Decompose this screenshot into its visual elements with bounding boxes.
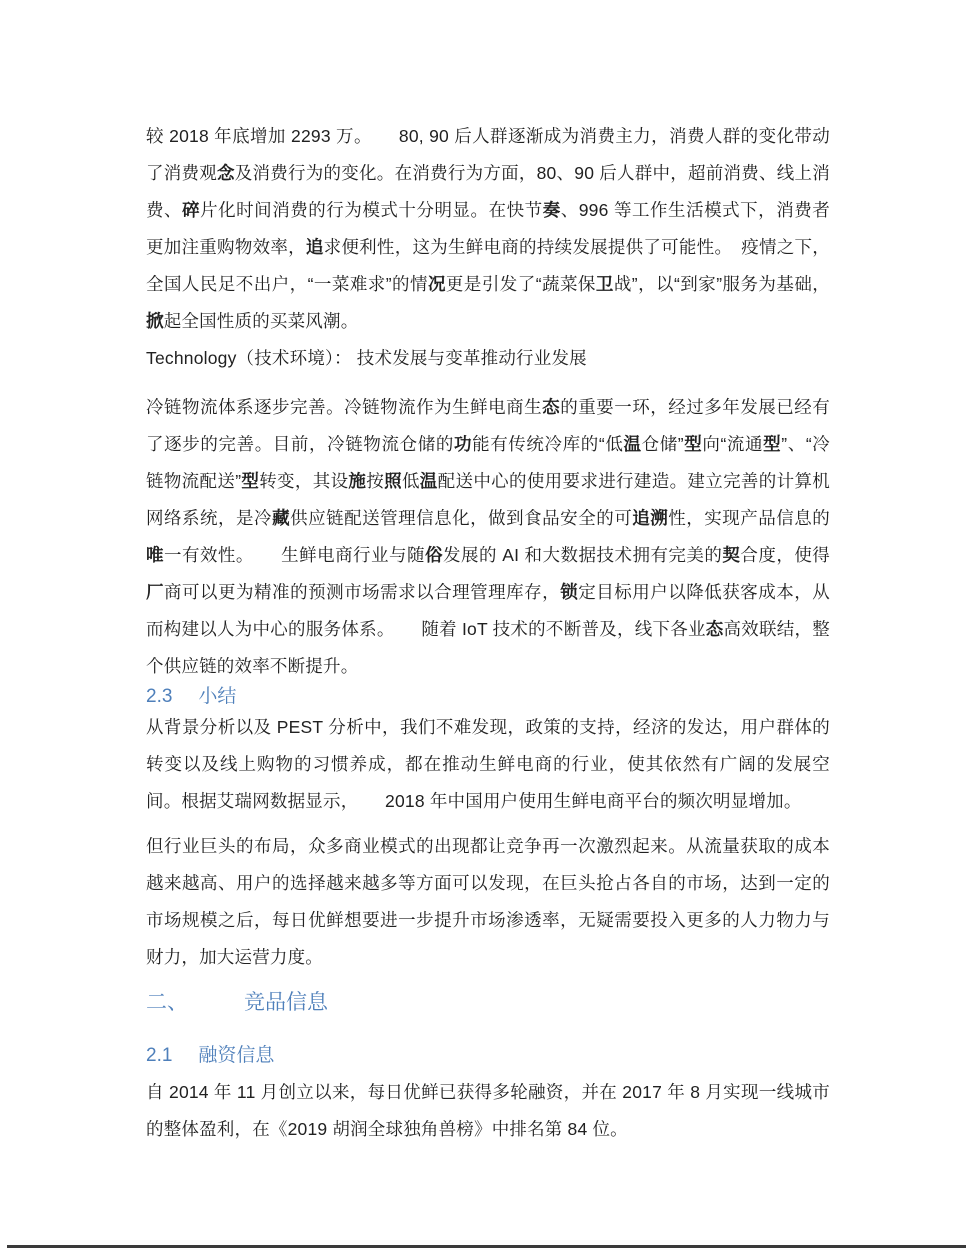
heading-number: 2.3	[146, 686, 172, 707]
bold-text-run: 型	[684, 434, 703, 454]
bold-text-run: 锁	[560, 582, 578, 602]
text-run: 发展的 AI 和大数据技术拥有完美的	[443, 545, 722, 565]
bold-text-run: 照	[384, 471, 402, 491]
text-run: 性，实现产品信息的	[668, 508, 830, 528]
heading-label: 小结	[198, 686, 236, 707]
bold-text-run: 态	[706, 619, 724, 639]
bold-text-run: 念	[217, 163, 235, 183]
bold-text-run: 施	[348, 471, 366, 491]
heading-2-1-financing: 2.1融资信息	[146, 1044, 830, 1068]
text-run: 更是引发了“蔬菜保	[446, 274, 596, 294]
bold-text-run: 功	[454, 434, 472, 454]
bold-text-run: 奏	[543, 200, 561, 220]
bold-text-run: 唯	[146, 545, 164, 565]
bold-text-run: 卫	[596, 274, 614, 294]
bold-text-run: 温	[623, 434, 641, 454]
bold-text-run: 况	[428, 274, 446, 294]
bold-text-run: 型	[241, 471, 259, 491]
text-run: 仓储”	[642, 434, 684, 454]
text-run: 供应链配送管理信息化，做到食品安全的可	[290, 508, 632, 528]
bold-text-run: 追溯	[632, 508, 668, 528]
text-run: 战”，以“到家”服务为基础，	[614, 274, 830, 294]
text-run: 能有传统冷库的“低	[472, 434, 623, 454]
heading-label: 竞品信息	[244, 991, 328, 1014]
page-bottom-border	[7, 1245, 966, 1248]
bold-text-run: 态	[542, 397, 560, 417]
page-content: 较 2018 年底增加 2293 万。 80, 90 后人群逐渐成为消费主力，消…	[146, 0, 830, 1148]
heading-number: 2.1	[146, 1045, 172, 1066]
bold-text-run: 追	[306, 237, 324, 257]
text-run: 冷链物流体系逐步完善。冷链物流作为生鲜电商生	[146, 397, 542, 417]
paragraph-competition-pressure: 但行业巨头的布局，众多商业模式的出现都让竞争再一次激烈起来。从流量获取的成本越来…	[146, 828, 830, 976]
heading-label: 融资信息	[198, 1045, 274, 1066]
bold-text-run: 掀	[146, 311, 164, 331]
text-run: 但行业巨头的布局，众多商业模式的出现都让竞争再一次激烈起来。从流量获取的成本越来…	[146, 836, 830, 967]
heading-number: 二、	[146, 991, 188, 1014]
document-page: 较 2018 年底增加 2293 万。 80, 90 后人群逐渐成为消费主力，消…	[0, 0, 975, 1258]
text-run: 转变，其设	[259, 471, 348, 491]
paragraph-summary-conclusion: 从背景分析以及 PEST 分析中，我们不难发现，政策的支持，经济的发达，用户群体…	[146, 709, 830, 820]
heading-2-3-summary: 2.3小结	[146, 685, 830, 709]
text-run: 自 2014 年 11 月创立以来，每日优鲜已获得多轮融资，并在 2017 年 …	[146, 1082, 830, 1139]
text-run: 起全国性质的买菜风潮。	[164, 311, 359, 331]
text-run: 低	[402, 471, 420, 491]
text-run: 一有效性。 生鲜电商行业与随	[164, 545, 425, 565]
text-run: 按	[366, 471, 384, 491]
text-run: Technology（技术环境）： 技术发展与变革推动行业发展	[146, 348, 587, 368]
text-run: 向“流通	[702, 434, 763, 454]
paragraph-cold-chain: 冷链物流体系逐步完善。冷链物流作为生鲜电商生态的重要一环，经过多年发展已经有了逐…	[146, 389, 830, 685]
paragraph-technology-lead: Technology（技术环境）： 技术发展与变革推动行业发展	[146, 340, 830, 377]
bold-text-run: 碎	[182, 200, 200, 220]
text-run: 商可以更为精准的预测市场需求以合理管理库存，	[164, 582, 560, 602]
paragraph-financing-history: 自 2014 年 11 月创立以来，每日优鲜已获得多轮融资，并在 2017 年 …	[146, 1074, 830, 1148]
text-run: 片化时间消费的行为模式十分明显。在快节	[200, 200, 543, 220]
bold-text-run: 温	[420, 471, 438, 491]
bold-text-run: 型	[763, 434, 781, 454]
paragraph-consumer-shift: 较 2018 年底增加 2293 万。 80, 90 后人群逐渐成为消费主力，消…	[146, 118, 830, 340]
bold-text-run: 藏	[272, 508, 290, 528]
text-run: 合度，使得	[740, 545, 830, 565]
text-run: 从背景分析以及 PEST 分析中，我们不难发现，政策的支持，经济的发达，用户群体…	[146, 717, 830, 811]
heading-section-2-competitor-info: 二、竞品信息	[146, 988, 830, 1018]
bold-text-run: 厂	[146, 582, 164, 602]
bold-text-run: 俗	[425, 545, 443, 565]
bold-text-run: 契	[722, 545, 740, 565]
